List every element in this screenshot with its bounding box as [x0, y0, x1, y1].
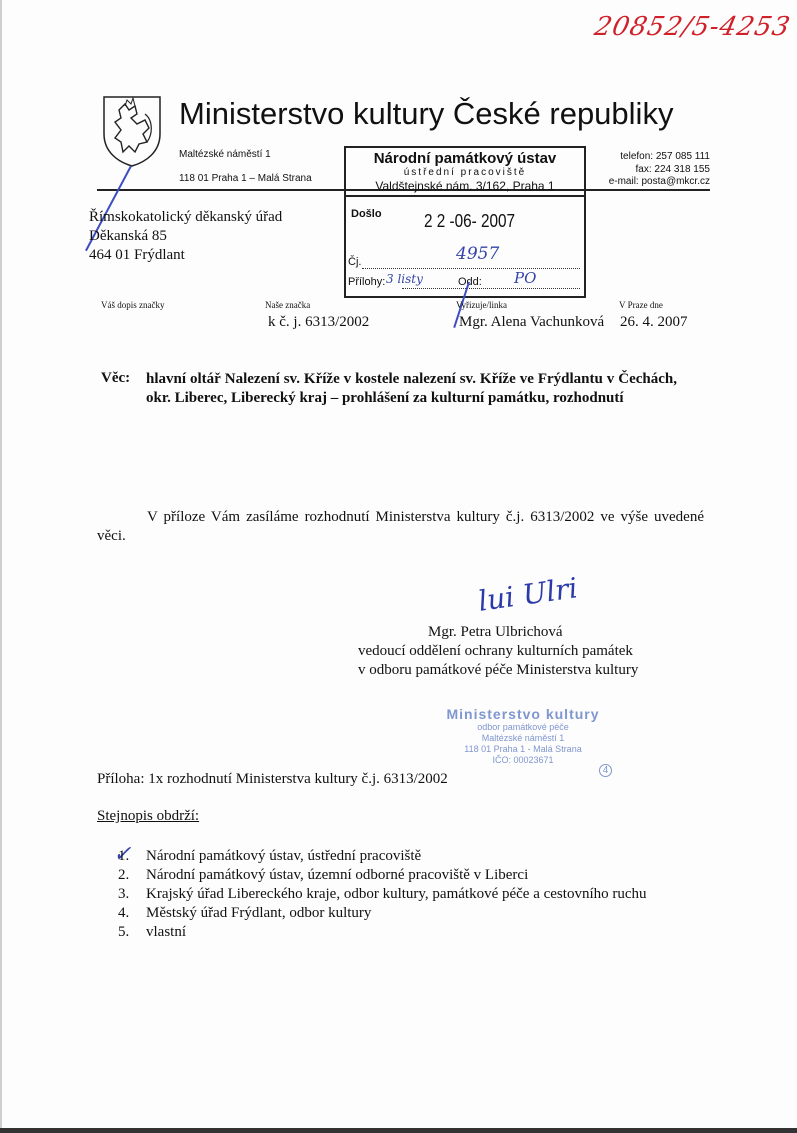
- handler-label: Vyřizuje/linka: [456, 300, 507, 310]
- recipient-street: Děkanská 85: [89, 227, 282, 246]
- ministry-stamp: Ministerstvo kultury odbor památkové péč…: [428, 706, 618, 766]
- handwritten-file-number: 20852/5-4253: [592, 12, 793, 42]
- stamp-department: ústřední pracoviště: [346, 167, 584, 178]
- attachment-note: Příloha: 1x rozhodnutí Ministerstva kult…: [97, 771, 448, 788]
- stamp-received-label: Došlo: [351, 208, 382, 220]
- copies-list: 1.Národní památkový ústav, ústřední prac…: [118, 847, 647, 942]
- date-value: 26. 4. 2007: [620, 314, 688, 331]
- contact-email: e-mail: posta@mkcr.cz: [590, 176, 710, 189]
- contact-phone: telefon: 257 085 111: [590, 151, 710, 164]
- copies-heading: Stejnopis obdrží:: [97, 808, 199, 825]
- list-item: 1.Národní památkový ústav, ústřední prac…: [118, 847, 647, 866]
- ministry-stamp-title: Ministerstvo kultury: [428, 706, 618, 722]
- ministry-stamp-department: odbor památkové péče: [428, 722, 618, 733]
- our-reference-label: Naše značka: [265, 300, 310, 310]
- list-item: 3.Krajský úřad Libereckého kraje, odbor …: [118, 885, 647, 904]
- subject-label: Věc:: [101, 370, 130, 387]
- recipient-address: Římskokatolický děkanský úřad Děkanská 8…: [89, 208, 282, 265]
- ministry-stamp-street: Maltézské náměstí 1: [428, 733, 618, 744]
- stamp-cj-value: 4957: [456, 244, 499, 264]
- recipient-name: Římskokatolický děkanský úřad: [89, 208, 282, 227]
- stamp-attachments-label: Přílohy:: [348, 276, 385, 288]
- subject-text: hlavní oltář Nalezení sv. Kříže v kostel…: [146, 370, 677, 408]
- ministry-stamp-number: 4: [599, 764, 612, 777]
- stamp-cj-label: Čj.: [348, 256, 361, 268]
- ministry-stamp-ico: IČO: 00023671: [428, 755, 618, 766]
- stamp-department-value: PO: [514, 269, 536, 287]
- list-item: 4.Městský úřad Frýdlant, odbor kultury: [118, 904, 647, 923]
- list-item: 5.vlastní: [118, 923, 647, 942]
- body-paragraph: V příloze Vám zasíláme rozhodnutí Minist…: [97, 508, 704, 546]
- stamp-cj-dotted-line: [362, 268, 580, 269]
- stamp-attachments-value: 3 listy: [386, 272, 423, 286]
- contact-fax: fax: 224 318 155: [590, 164, 710, 177]
- received-stamp: Národní památkový ústav ústřední pracovi…: [344, 146, 586, 298]
- your-reference-label: Váš dopis značky: [101, 300, 164, 310]
- list-item: 2.Národní památkový ústav, územní odborn…: [118, 866, 647, 885]
- handler-value: Mgr. Alena Vachunková: [459, 314, 604, 331]
- ministry-title: Ministerstvo kultury České republiky: [179, 96, 673, 132]
- ministry-street: Maltézské náměstí 1: [179, 149, 271, 160]
- coat-of-arms-lion-icon: [101, 94, 163, 168]
- recipient-city: 464 01 Frýdlant: [89, 246, 282, 265]
- contact-info: telefon: 257 085 111 fax: 224 318 155 e-…: [590, 151, 710, 189]
- stamp-divider: [346, 195, 584, 197]
- scan-edge: [0, 1128, 797, 1133]
- signer-role: vedoucí oddělení ochrany kulturních pamá…: [358, 643, 633, 660]
- stamp-received-date: 2 2 -06- 2007: [424, 211, 515, 232]
- signer-name: Mgr. Petra Ulbrichová: [428, 624, 563, 641]
- ministry-city: 118 01 Praha 1 – Malá Strana: [179, 173, 312, 184]
- stamp-organization: Národní památkový ústav: [346, 150, 584, 167]
- our-reference-value: k č. j. 6313/2002: [268, 314, 369, 331]
- signature: lui Ulri: [476, 571, 579, 618]
- date-label: V Praze dne: [619, 300, 663, 310]
- stamp-dotted-line: [402, 288, 580, 289]
- ministry-stamp-city: 118 01 Praha 1 - Malá Strana: [428, 744, 618, 755]
- stamp-address: Valdštejnské nám. 3/162, Praha 1: [346, 179, 584, 193]
- scan-edge: [0, 0, 2, 1133]
- signer-department: v odboru památkové péče Ministerstva kul…: [358, 662, 638, 679]
